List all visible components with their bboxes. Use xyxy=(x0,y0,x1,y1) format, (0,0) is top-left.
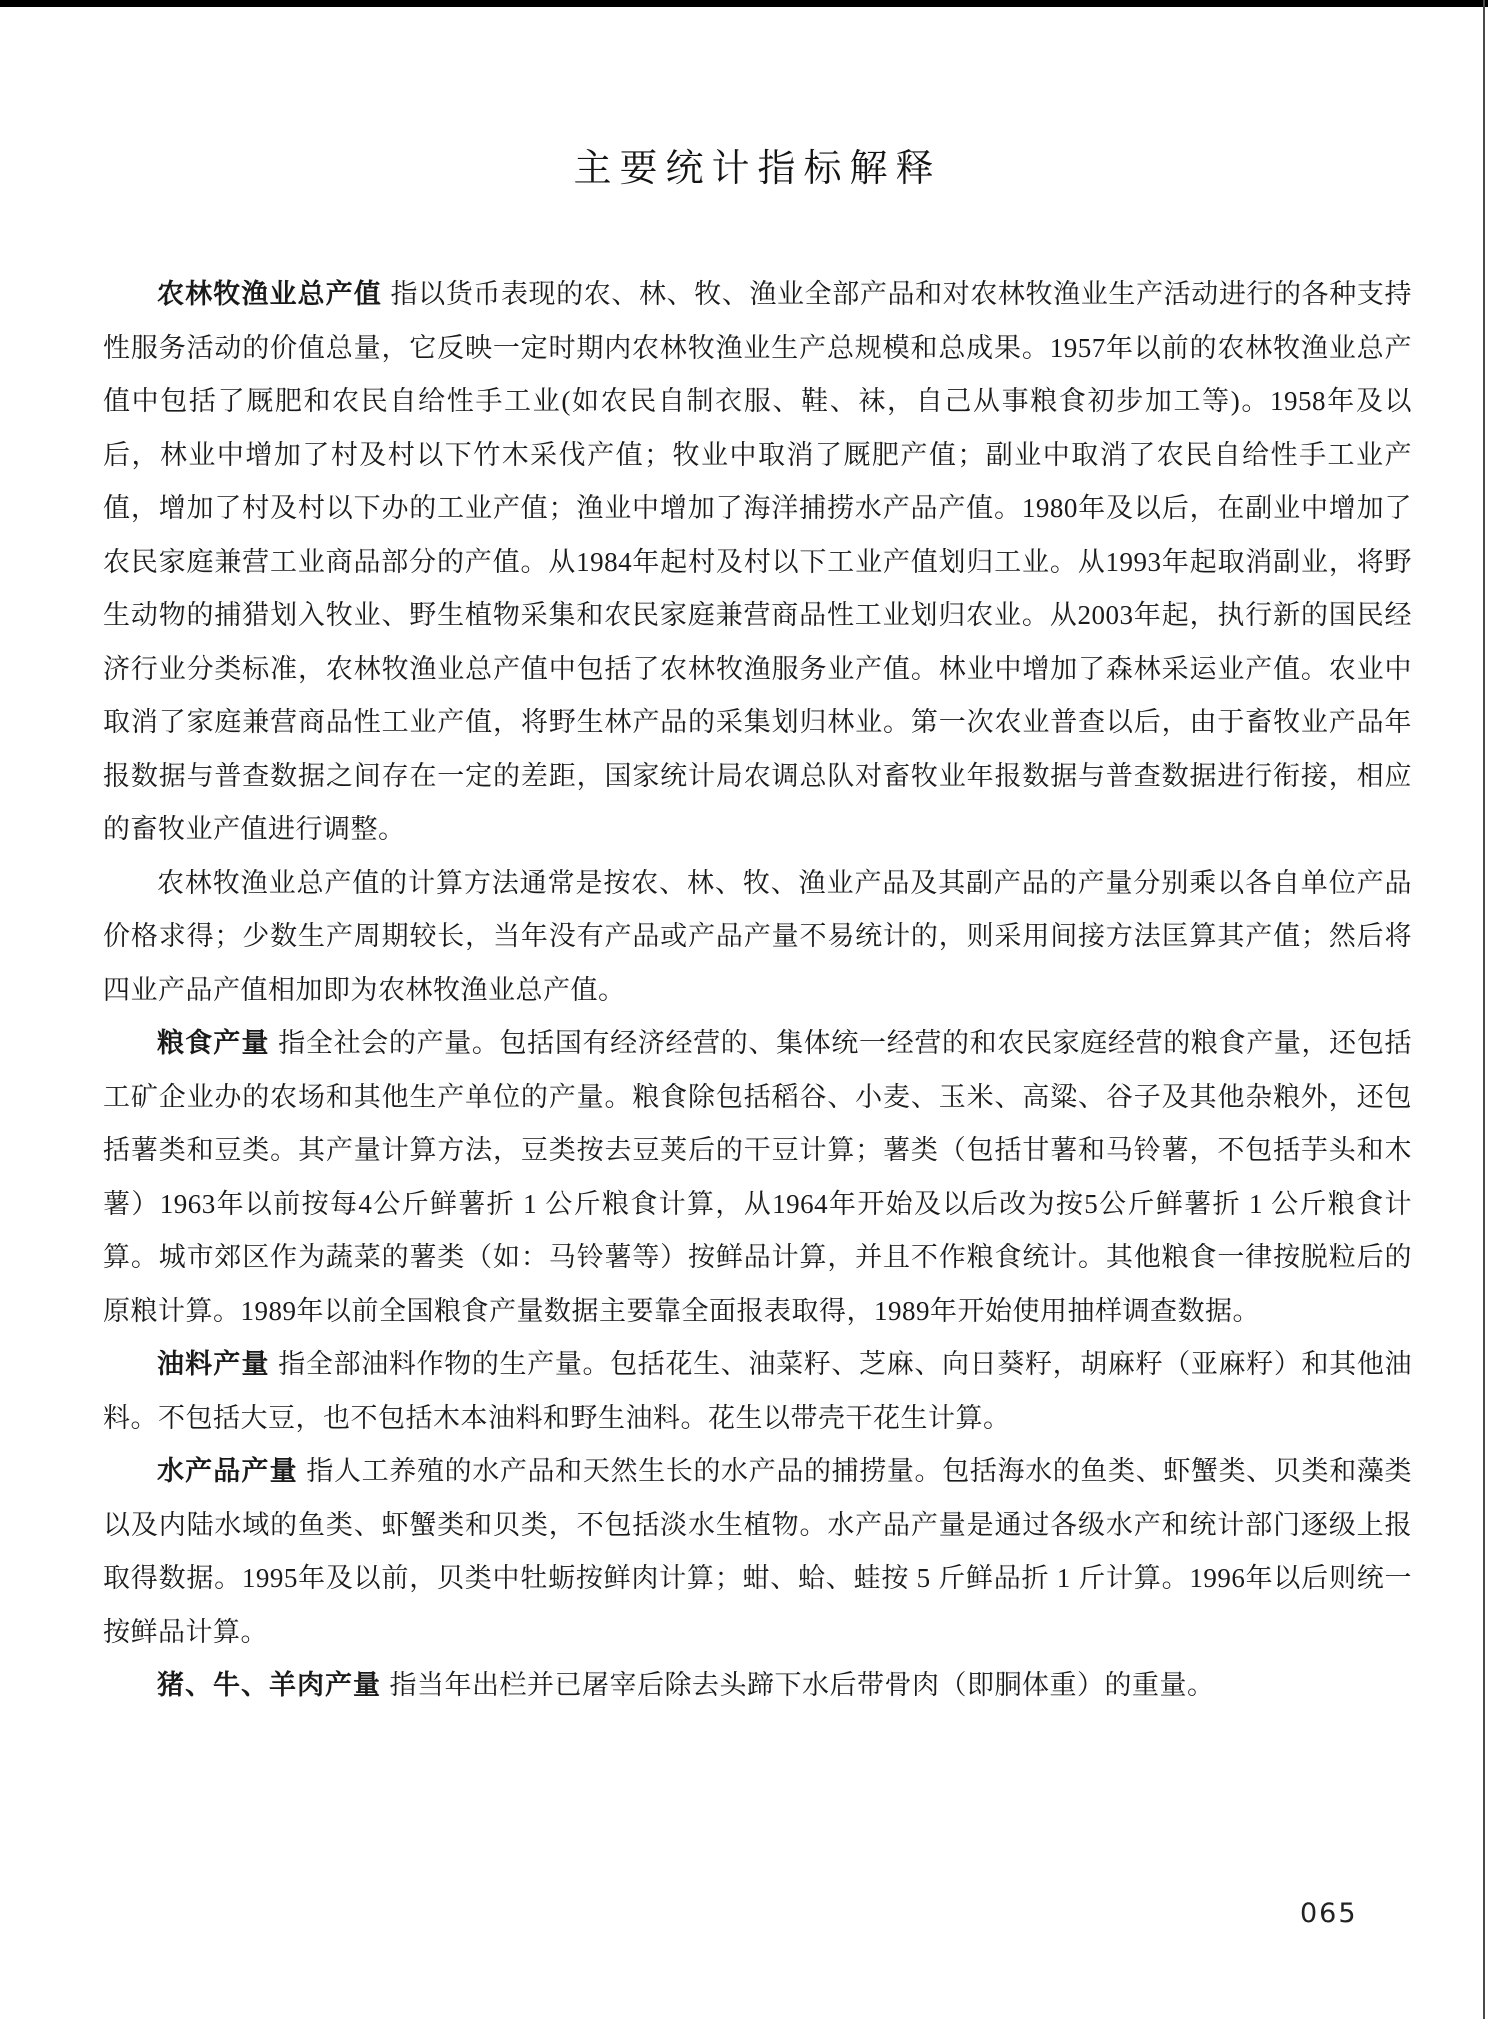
scanned-document-page: 主要统计指标解释 农林牧渔业总产值 指以货币表现的农、林、牧、渔业全部产品和对农… xyxy=(0,0,1488,2019)
paragraph-text: 指当年出栏并已屠宰后除去头蹄下水后带骨肉（即胴体重）的重量。 xyxy=(390,1670,1215,1700)
paragraph-lead: 猪、牛、羊肉产量 xyxy=(157,1670,390,1700)
paragraph-lead: 油料产量 xyxy=(157,1349,278,1379)
paragraph-text: 指全社会的产量。包括国有经济经营的、集体统一经营的和农民家庭经营的粮食产量，还包… xyxy=(103,1028,1412,1326)
paragraph-calculation-method: 农林牧渔业总产值的计算方法通常是按农、林、牧、渔业产品及其副产品的产量分别乘以各… xyxy=(103,857,1412,1018)
paragraph-grain-output: 粮食产量 指全社会的产量。包括国有经济经营的、集体统一经营的和农民家庭经营的粮食… xyxy=(103,1017,1412,1338)
paragraph-text: 指以货币表现的农、林、牧、渔业全部产品和对农林牧渔业生产活动进行的各种支持性服务… xyxy=(103,279,1412,844)
paragraph-text: 指全部油料作物的生产量。包括花生、油菜籽、芝麻、向日葵籽，胡麻籽（亚麻籽）和其他… xyxy=(103,1349,1412,1433)
paragraph-lead: 农林牧渔业总产值 xyxy=(157,279,391,309)
scan-right-edge-line xyxy=(1483,0,1485,2019)
page-title: 主要统计指标解释 xyxy=(103,137,1412,192)
paragraph-lead: 粮食产量 xyxy=(157,1028,278,1058)
paragraph-meat-output: 猪、牛、羊肉产量 指当年出栏并已屠宰后除去头蹄下水后带骨肉（即胴体重）的重量。 xyxy=(103,1659,1412,1713)
paragraph-aquatic-products-output: 水产品产量 指人工养殖的水产品和天然生长的水产品的捕捞量。包括海水的鱼类、虾蟹类… xyxy=(103,1445,1412,1659)
paragraph-oil-crops-output: 油料产量 指全部油料作物的生产量。包括花生、油菜籽、芝麻、向日葵籽，胡麻籽（亚麻… xyxy=(103,1338,1412,1445)
scan-top-edge xyxy=(0,0,1488,7)
paragraph-gross-output-value: 农林牧渔业总产值 指以货币表现的农、林、牧、渔业全部产品和对农林牧渔业生产活动进… xyxy=(103,268,1412,857)
paragraph-lead: 水产品产量 xyxy=(157,1456,306,1486)
paragraph-text: 农林牧渔业总产值的计算方法通常是按农、林、牧、渔业产品及其副产品的产量分别乘以各… xyxy=(103,868,1412,1005)
page-number: 065 xyxy=(1300,1898,1358,1929)
document-body: 农林牧渔业总产值 指以货币表现的农、林、牧、渔业全部产品和对农林牧渔业生产活动进… xyxy=(103,268,1412,1713)
